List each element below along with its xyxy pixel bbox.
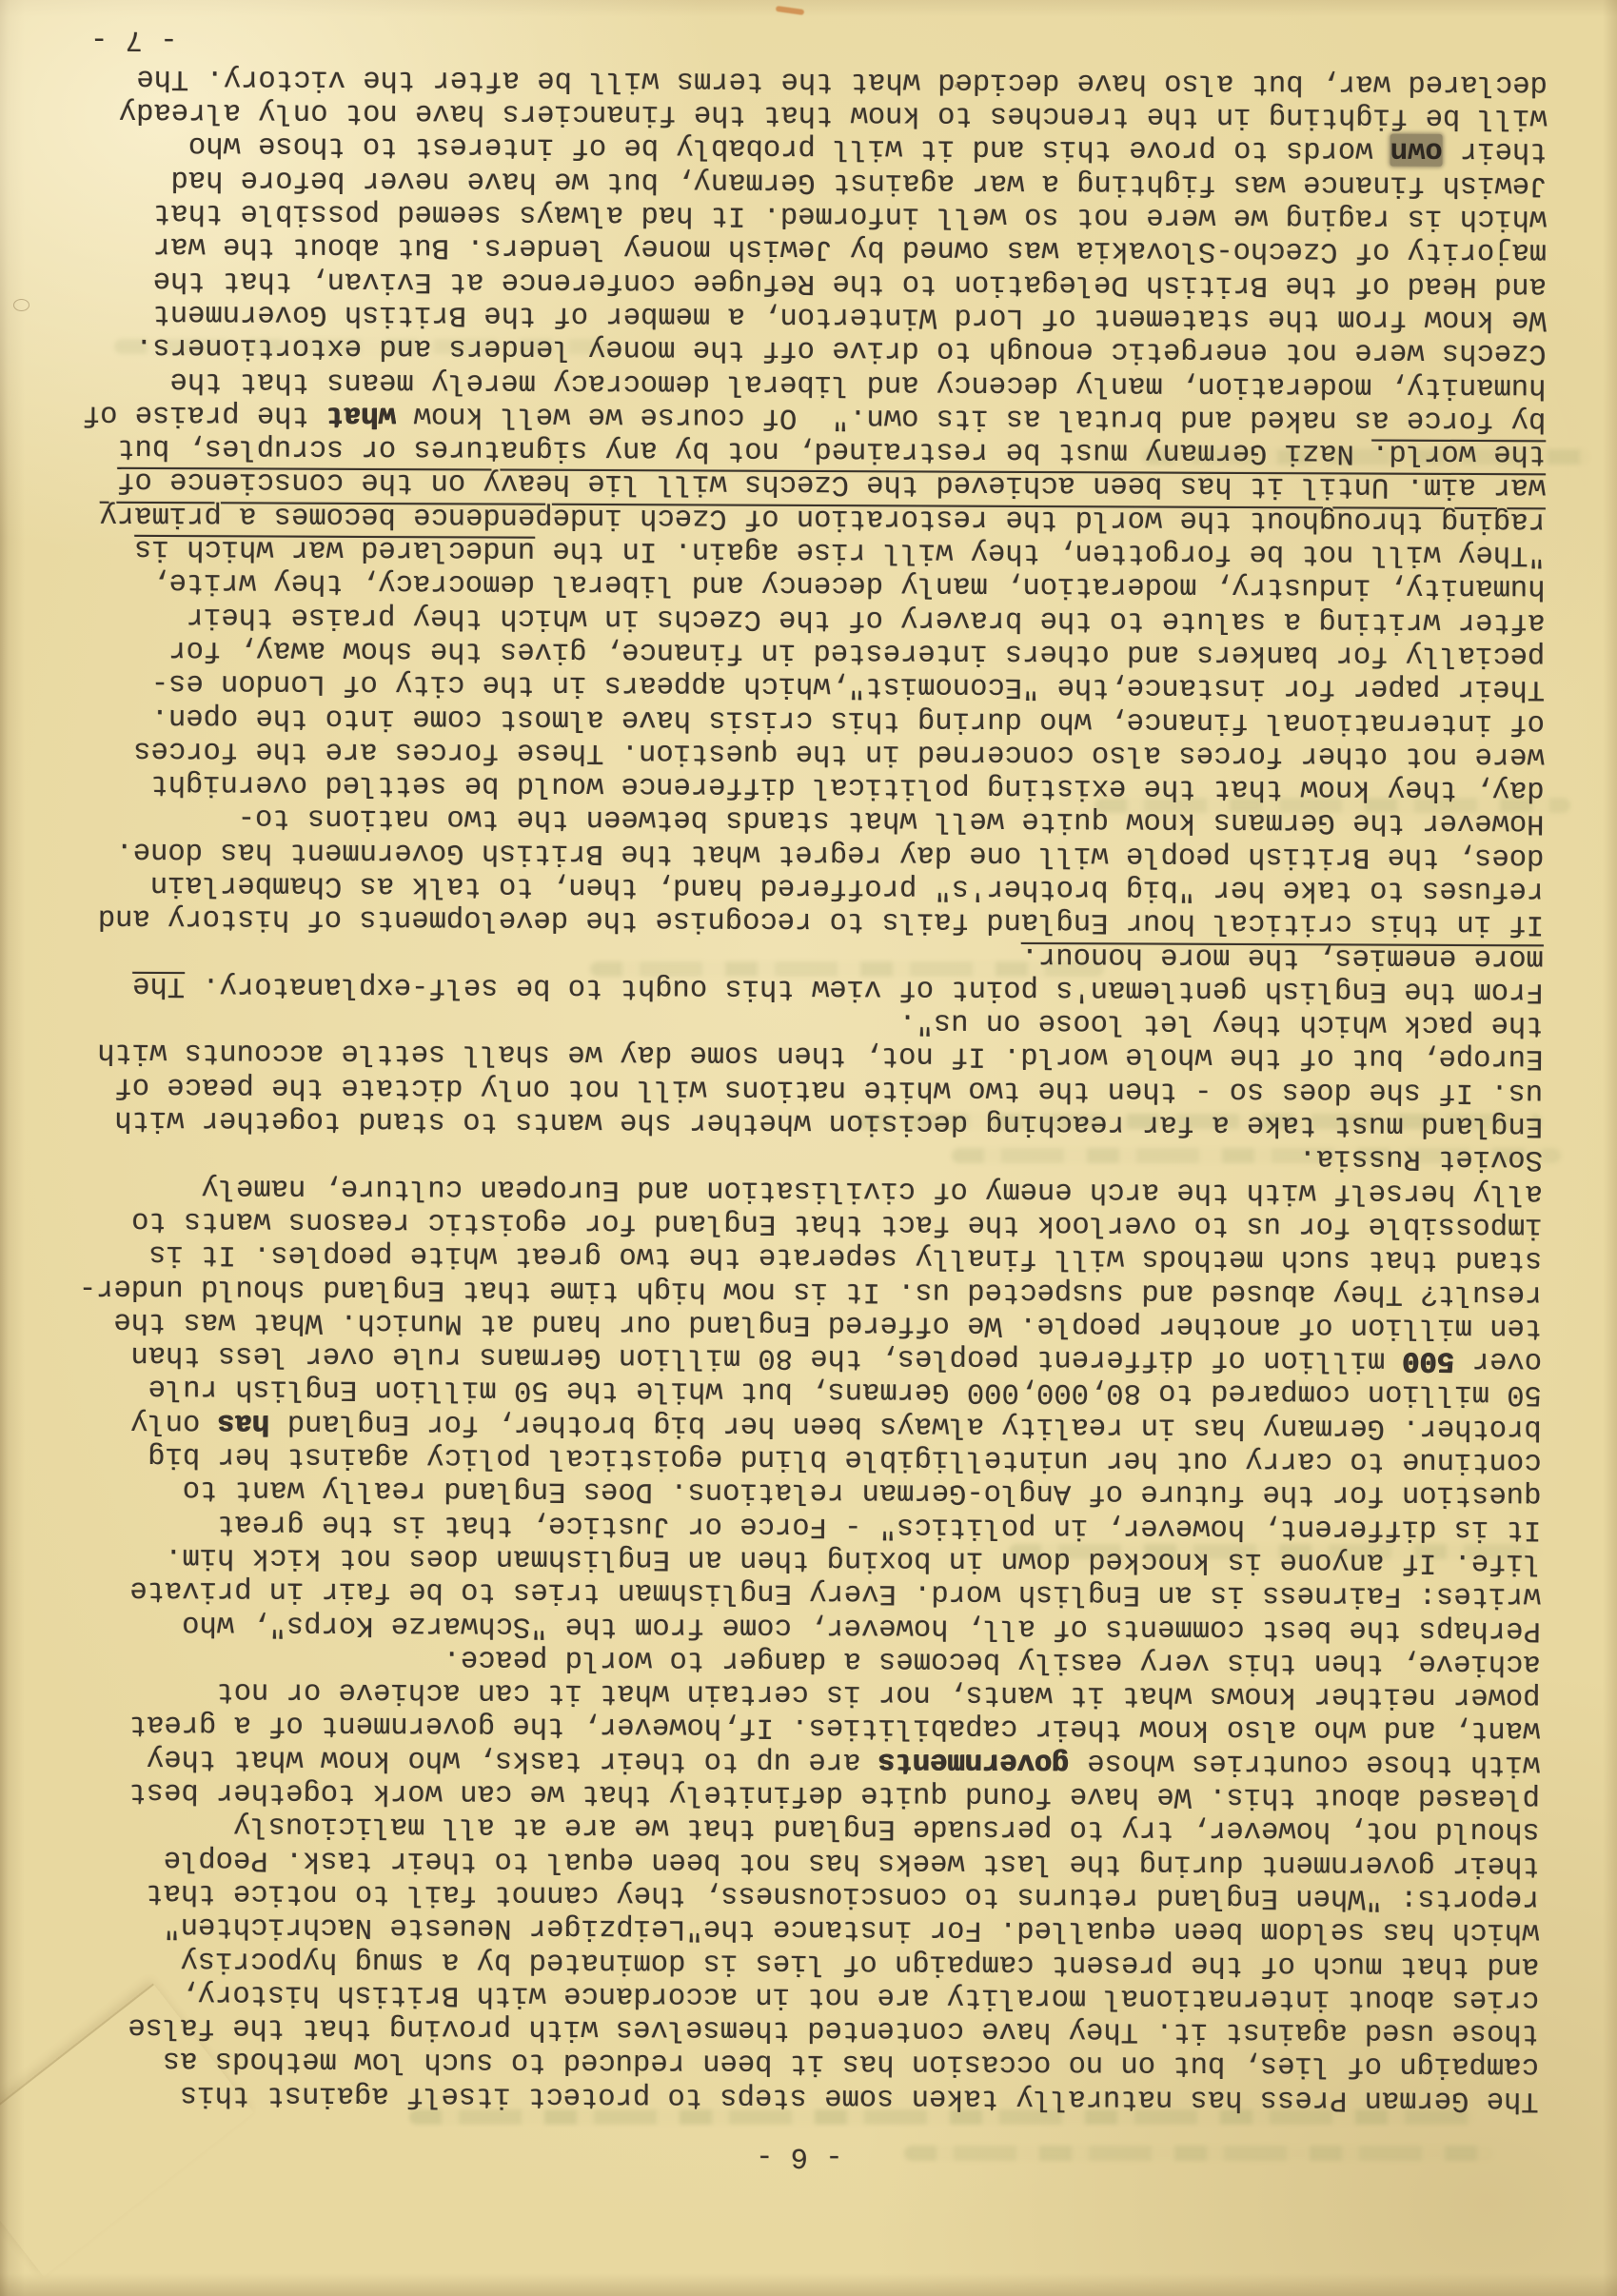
document-line: If in this critical hour England fails t… <box>39 900 1544 940</box>
overstruck-word: own <box>1390 134 1443 167</box>
text-segment: humanity, moderation, manly decency and … <box>170 365 1547 403</box>
document-line: by force as naked and brutal as its own.… <box>41 396 1546 436</box>
text-segment: which has seldom been equalled. For inst… <box>163 1910 1539 1948</box>
text-segment: and Head of the British Delegation to th… <box>153 264 1547 302</box>
text-segment: are up to their tasks, who know what the… <box>147 1742 878 1777</box>
text-segment: over <box>1454 1344 1542 1376</box>
document-line: their own words to prove this and it wil… <box>43 128 1548 168</box>
text-segment: England must take a far reaching decisio… <box>114 1103 1543 1142</box>
text-segment: what <box>326 399 396 431</box>
text-segment: cries about international morality are n… <box>180 1977 1539 2015</box>
document-line: However the Germans know quite well what… <box>39 800 1544 840</box>
document-line: brother. Germany has in reality always b… <box>37 1404 1542 1444</box>
document-line: and that much of the present campaign of… <box>34 1942 1539 1982</box>
document-line: Perhaps the best comments of all, howeve… <box>36 1606 1541 1646</box>
text-segment: with those countries whose <box>1070 1746 1540 1780</box>
document-line: pecially for bankers and others interest… <box>40 631 1545 671</box>
text-segment: the world. <box>1371 437 1546 470</box>
document-line: were not other forces also concerned in … <box>40 732 1545 772</box>
document-line: those used against it. They have content… <box>34 2009 1539 2049</box>
document-line: We know from the statement of Lord Winte… <box>42 295 1547 335</box>
document-line: life. If anyone is knocked down in boxin… <box>36 1538 1541 1578</box>
document-content: - 6 - The German Press has naturally tak… <box>0 0 1617 2296</box>
document-line: and Head of the British Delegation to th… <box>42 262 1547 302</box>
document-line: which has seldom been equalled. For inst… <box>34 1908 1539 1948</box>
text-segment: should not, however, try to persuade Eng… <box>233 1810 1540 1848</box>
document-line: us. If she does so - then the two white … <box>38 1068 1543 1108</box>
text-segment: ten million of another people. We offere… <box>113 1305 1542 1344</box>
text-segment: only <box>130 1406 218 1438</box>
text-segment: writes: Fairness is an English word. Eve… <box>129 1574 1541 1612</box>
text-segment: ally herself with the arch enemy of civi… <box>201 1171 1542 1209</box>
document-line: continue to carry out her unintelligible… <box>37 1437 1542 1477</box>
document-line: day, they know that the existing politic… <box>40 765 1545 805</box>
text-segment: governments <box>878 1745 1070 1778</box>
document-line: From the English gentleman's point of vi… <box>39 967 1544 1007</box>
document-line: ally herself with the arch enemy of civi… <box>38 1169 1543 1209</box>
text-segment: campaign of lies, but on no occasion has… <box>163 2044 1539 2082</box>
text-segment: raging throughout the world the restorat… <box>100 498 1546 537</box>
text-segment: Perhaps the best comments of all, howeve… <box>182 1608 1541 1646</box>
document-line: of international finance, who during thi… <box>40 699 1545 739</box>
text-segment: their <box>1443 134 1548 167</box>
document-page: - 6 - The German Press has naturally tak… <box>0 0 1617 2296</box>
text-segment: million of different peoples, the 80 mil… <box>130 1338 1402 1376</box>
text-segment: continue to carry out her unintelligible… <box>148 1439 1541 1477</box>
text-segment: Their paper for instance,the "Economist"… <box>151 666 1545 704</box>
text-segment: majority of Czecho-Slovakia was owned by… <box>153 229 1547 267</box>
text-segment: want, and who also know their capabiliti… <box>129 1708 1541 1746</box>
page-number-bottom: - 7 - <box>43 21 1548 61</box>
text-segment: the praise of <box>83 398 326 431</box>
document-line: the world. Nazi Germany must be restrain… <box>41 429 1546 469</box>
text-segment: However the Germans know quite well what… <box>238 802 1545 840</box>
document-line: reports: "When England returns to consci… <box>35 1874 1540 1914</box>
text-segment: pleased about this. We have found quite … <box>128 1775 1540 1813</box>
text-segment: Soviet Russia. <box>1299 1142 1543 1176</box>
document-line: with those countries whose governments a… <box>35 1740 1540 1780</box>
text-segment: were not other forces also concerned in … <box>133 734 1545 772</box>
document-line: The German Press has naturally taken som… <box>34 2076 1539 2116</box>
text-segment: after writing a salute to the bravery of… <box>187 600 1546 638</box>
document-line: Czechs were not energetic enough to driv… <box>42 328 1547 368</box>
text-segment: question for the future of Anglo-German … <box>183 1473 1542 1511</box>
paper-speck <box>955 84 959 88</box>
text-segment: Europe, but of the whole world. If not, … <box>97 1036 1543 1075</box>
text-segment: Nazi Germany must be restrained, not by … <box>117 431 1371 469</box>
document-line: Europe, but of the whole world. If not, … <box>38 1035 1543 1075</box>
document-line: should not, however, try to persuade Eng… <box>35 1807 1540 1847</box>
document-line: majority of Czecho-Slovakia was owned by… <box>42 228 1547 268</box>
document-line: power neither knows what it wants, nor i… <box>35 1673 1540 1712</box>
document-line: Their paper for instance,the "Economist"… <box>40 664 1545 704</box>
paper-ring-mark <box>13 299 30 311</box>
text-segment: will be fighting in the trenches to know… <box>119 95 1548 134</box>
document-line: war aim. Until it has been achieved the … <box>41 464 1546 504</box>
document-line: refuses to take her "big brother's" prof… <box>39 866 1544 906</box>
text-segment: refuses to take her "big brother's" prof… <box>150 868 1544 906</box>
document-line: declared war, but also have decided what… <box>43 60 1548 100</box>
text-segment: of international finance, who during thi… <box>151 701 1545 739</box>
document-lines: The German Press has naturally taken som… <box>34 60 1548 2116</box>
text-segment: war aim. Until it has been achieved the … <box>117 465 1546 504</box>
text-segment: brother. Germany has in reality always b… <box>270 1406 1542 1444</box>
document-line: over 500 million of different peoples, t… <box>37 1336 1542 1376</box>
document-line: does, the British people will one day re… <box>39 833 1544 873</box>
text-segment: From the English gentleman's point of vi… <box>185 969 1544 1007</box>
text-segment: and that much of the present campaign of… <box>181 1944 1540 1982</box>
text-segment: power neither knows what it wants, nor i… <box>216 1674 1540 1712</box>
document-line: result? They abused and suspected us. It… <box>37 1270 1542 1310</box>
document-line: question for the future of Anglo-German … <box>36 1472 1541 1512</box>
text-segment: does, the British people will one day re… <box>115 835 1544 874</box>
text-segment: which is raging we were not so well info… <box>153 196 1547 234</box>
text-segment: The German Press has naturally taken som… <box>180 2078 1539 2116</box>
document-line: humanity, moderation, manly decency and … <box>41 363 1546 403</box>
document-line: their government during the last weeks h… <box>35 1841 1540 1881</box>
document-line: Jewish finance was fighting a war agains… <box>42 161 1547 201</box>
text-segment: result? They abused and suspected us. It… <box>79 1271 1543 1310</box>
document-line: ten million of another people. We offere… <box>37 1303 1542 1343</box>
text-segment: The <box>132 969 185 1001</box>
text-segment: If in this critical hour England fails t… <box>98 901 1544 940</box>
document-line: campaign of lies, but on no occasion has… <box>34 2043 1539 2083</box>
text-segment: Jewish finance was fighting a war agains… <box>170 163 1547 201</box>
document-line: after writing a salute to the bravery of… <box>40 598 1545 638</box>
text-segment: by force as naked and brutal as its own.… <box>396 399 1546 436</box>
text-segment: "They will not be forgotten, they will r… <box>535 534 1546 571</box>
document-line: which is raging we were not so well info… <box>42 194 1547 234</box>
text-segment: undeclared war which is <box>134 532 535 566</box>
document-line: cries about international morality are n… <box>34 1975 1539 2015</box>
text-segment: It is different, however, in politics" -… <box>217 1507 1541 1545</box>
text-segment: pecially for bankers and others interest… <box>168 633 1545 671</box>
text-segment: life. If anyone is knocked down in boxin… <box>165 1540 1541 1578</box>
document-line: want, and who also know their capabiliti… <box>35 1707 1540 1747</box>
text-segment: declared war, but also have decided what… <box>136 62 1548 100</box>
text-segment: the pack which they let loose on us". <box>898 1006 1543 1041</box>
text-segment: their government during the last weeks h… <box>164 1843 1540 1881</box>
document-line: "They will not be forgotten, they will r… <box>41 530 1546 570</box>
document-line: will be fighting in the trenches to know… <box>43 93 1548 133</box>
document-line: humanity, industry, moderation, manly de… <box>41 564 1546 604</box>
text-segment: stand that such methods will finally sep… <box>148 1237 1542 1276</box>
document-line: 50 million compared to 80,000,000 German… <box>37 1371 1542 1411</box>
document-line: writes: Fairness is an English word. Eve… <box>36 1572 1541 1612</box>
text-segment: has <box>218 1406 270 1438</box>
page-number-top: - 6 - <box>47 2135 1551 2175</box>
text-segment: impossible for us to overlook the fact t… <box>131 1204 1543 1242</box>
document-line: raging throughout the world the restorat… <box>41 497 1546 537</box>
document-line: impossible for us to overlook the fact t… <box>38 1202 1543 1242</box>
document-line: stand that such methods will finally sep… <box>37 1236 1542 1276</box>
text-segment: those used against it. They have content… <box>128 2010 1539 2049</box>
text-segment: 500 <box>1403 1344 1455 1376</box>
text-segment: humanity, industry, moderation, manly de… <box>151 565 1545 604</box>
text-segment: We know from the statement of Lord Winte… <box>152 297 1546 335</box>
text-segment: more enemies, the more honour. <box>1021 940 1544 974</box>
text-segment: words to prove this and it will probably… <box>188 129 1390 168</box>
text-segment: achieve, then this very easily becomes a… <box>443 1642 1540 1679</box>
document-line: England must take a far reaching decisio… <box>38 1101 1543 1141</box>
text-segment: 50 million compared to 80,000,000 German… <box>148 1372 1542 1410</box>
document-line: It is different, however, in politics" -… <box>36 1505 1541 1545</box>
screenshot-stage: - 6 - The German Press has naturally tak… <box>0 0 1617 2296</box>
text-segment: reports: "When England returns to consci… <box>146 1876 1539 1914</box>
text-segment: day, they know that the existing politic… <box>150 767 1544 805</box>
text-segment: Czechs were not energetic enough to driv… <box>135 330 1547 368</box>
text-segment: us. If she does so - then the two white … <box>114 1070 1543 1109</box>
document-line: pleased about this. We have found quite … <box>35 1773 1540 1813</box>
